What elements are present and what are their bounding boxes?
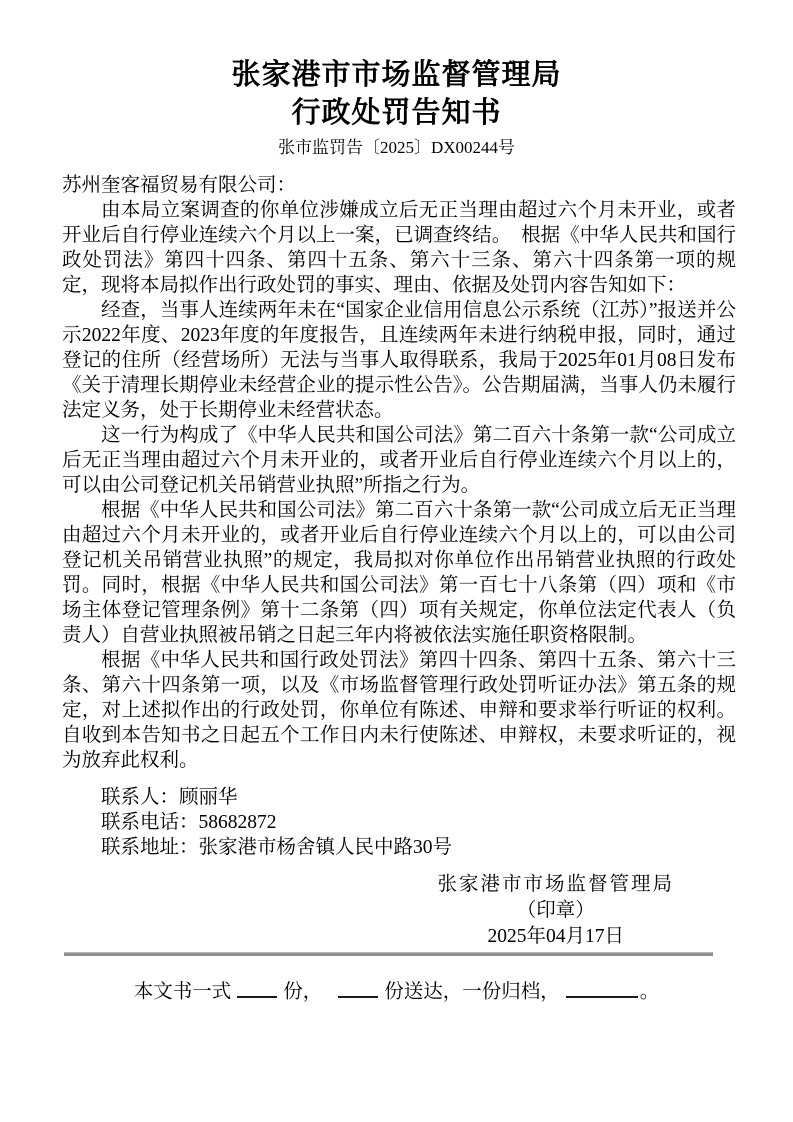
paragraph-penalty-basis: 根据《中华人民共和国公司法》第二百六十条第一款“公司成立后无正当理由超过六个月未… — [62, 498, 736, 648]
contact-block: 联系人：顾丽华 联系电话：58682872 联系地址：张家港市杨舍镇人民中路30… — [62, 785, 736, 860]
footer-divider — [64, 952, 713, 956]
footer-text-2: 份， — [283, 982, 322, 1003]
document-title: 张家港市市场监督管理局 — [0, 56, 793, 94]
paragraph-case-summary: 由本局立案调查的你单位涉嫌成立后无正当理由超过六个月未开业，或者开业后自行停业连… — [62, 198, 736, 298]
contact-phone: 联系电话：58682872 — [62, 810, 736, 835]
document-subtitle: 行政处罚告知书 — [0, 94, 793, 132]
footer-blank-copies — [237, 978, 277, 998]
addressee-line: 苏州奎客福贸易有限公司： — [62, 173, 736, 198]
footer-text-3: 份送达，一份归档， — [384, 982, 560, 1003]
signature-block: 张家港市市场监督管理局 （印章） 2025年04月17日 — [437, 872, 674, 950]
footer-copies-line: 本文书一式份，份送达，一份归档，。 — [0, 978, 793, 1005]
signature-org: 张家港市市场监督管理局 — [437, 872, 674, 898]
paragraph-violation: 这一行为构成了《中华人民共和国公司法》第二百六十条第一款“公司成立后无正当理由超… — [62, 423, 736, 498]
document-body: 苏州奎客福贸易有限公司： 由本局立案调查的你单位涉嫌成立后无正当理由超过六个月未… — [62, 173, 736, 860]
document-number: 张市监罚告〔2025〕DX00244号 — [0, 137, 793, 159]
document-page: 张家港市市场监督管理局 行政处罚告知书 张市监罚告〔2025〕DX00244号 … — [0, 0, 793, 1122]
contact-person: 联系人：顾丽华 — [62, 785, 736, 810]
contact-address: 联系地址：张家港市杨舍镇人民中路30号 — [62, 835, 736, 860]
paragraph-rights-notice: 根据《中华人民共和国行政处罚法》第四十四条、第四十五条、第六十三条、第六十四条第… — [62, 648, 736, 773]
signature-seal: （印章） — [437, 898, 674, 924]
footer-blank-other — [566, 978, 638, 998]
signature-date: 2025年04月17日 — [437, 924, 674, 950]
paragraph-findings: 经查，当事人连续两年未在“国家企业信用信息公示系统（江苏）”报送并公示2022年… — [62, 298, 736, 423]
footer-text-4: 。 — [640, 982, 660, 1003]
footer-text-1: 本文书一式 — [134, 982, 232, 1003]
footer-blank-delivered — [338, 978, 378, 998]
